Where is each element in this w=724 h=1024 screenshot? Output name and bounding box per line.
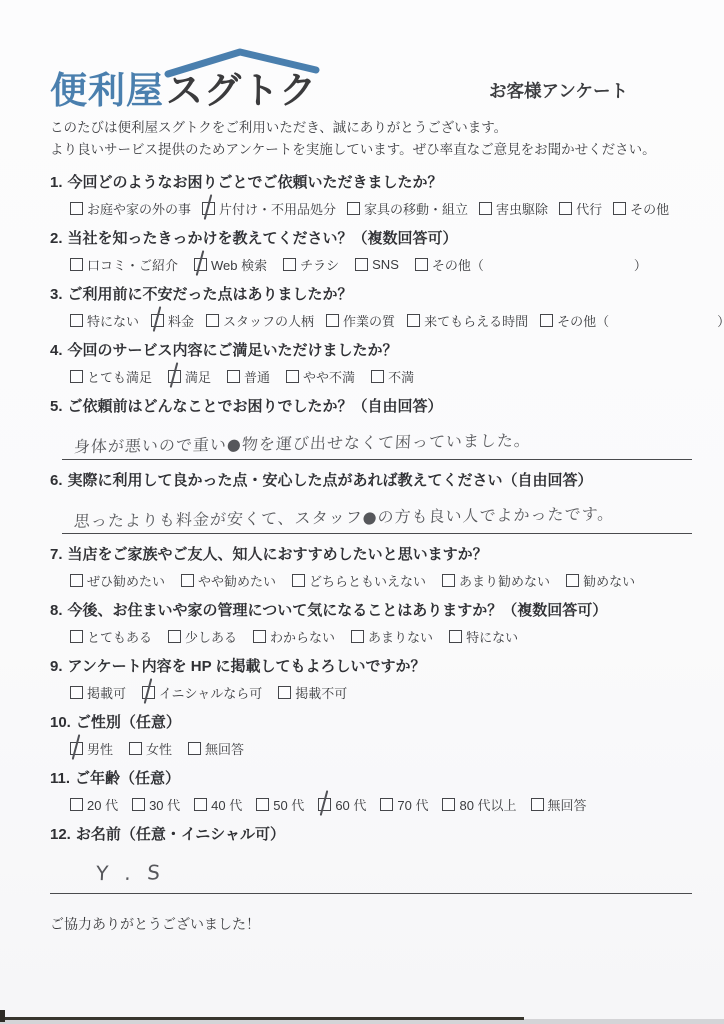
option-11-3[interactable]: 40 代	[194, 795, 242, 814]
option-4-1[interactable]: とても満足	[70, 367, 152, 386]
option-7-2[interactable]: やや勧めたい	[181, 571, 276, 590]
option-1-1[interactable]: お庭や家の外の事	[70, 199, 191, 218]
checkbox-icon[interactable]	[70, 742, 83, 755]
option-label: 勧めない	[583, 571, 635, 590]
checkbox-icon[interactable]	[442, 574, 455, 587]
question-11: 11.ご年齢（任意）20 代30 代40 代50 代60 代70 代80 代以上…	[50, 768, 694, 814]
option-label: 口コミ・ご紹介	[87, 255, 178, 274]
option-7-3[interactable]: どちらともいえない	[292, 571, 426, 590]
option-paren-close: ）	[717, 311, 724, 330]
intro-line-1: このたびは便利屋スグトクをご利用いただき、誠にありがとうございます。	[50, 117, 694, 139]
checkbox-icon[interactable]	[326, 314, 339, 327]
option-3-2[interactable]: 料金	[151, 311, 194, 330]
checkbox-icon[interactable]	[351, 630, 364, 643]
checkbox-icon[interactable]	[70, 574, 83, 587]
option-label: 作業の質	[343, 311, 395, 330]
option-1-5[interactable]: 代行	[559, 199, 602, 218]
question-number: 7.	[50, 546, 63, 563]
option-paren-close: ）	[634, 255, 647, 274]
option-3-4[interactable]: 作業の質	[326, 311, 395, 330]
option-label: 満足	[185, 367, 211, 386]
question-number: 2.	[50, 230, 63, 247]
checkbox-icon[interactable]	[449, 630, 462, 643]
question-number: 8.	[50, 602, 63, 619]
intro-line-2: より良いサービス提供のためアンケートを実施しています。ぜひ率直なご意見をお聞かせ…	[50, 139, 694, 161]
checkbox-icon[interactable]	[371, 370, 384, 383]
scan-edge-line	[0, 1017, 524, 1020]
option-4-3[interactable]: 普通	[227, 367, 270, 386]
scanned-survey-page: 便利屋 スグトク お客様アンケート このたびは便利屋スグトクをご利用いただき、誠…	[0, 0, 724, 1024]
checkbox-icon[interactable]	[70, 798, 83, 811]
question-text: ご依頼前はどんなことでお困りでしたか？（自由回答）	[68, 398, 443, 415]
closing-text: ご協力ありがとうございました！	[50, 914, 694, 934]
option-label: ぜひ勧めたい	[87, 571, 165, 590]
option-3-3[interactable]: スタッフの人柄	[206, 311, 314, 330]
question-number: 1.	[50, 174, 63, 191]
checkbox-icon[interactable]	[132, 798, 145, 811]
option-label: とても満足	[87, 367, 152, 386]
checkbox-icon[interactable]	[540, 314, 553, 327]
question-heading: 5.ご依頼前はどんなことでお困りでしたか？（自由回答）	[50, 396, 694, 417]
option-label: どちらともいえない	[309, 571, 426, 590]
option-11-1[interactable]: 20 代	[70, 795, 118, 814]
option-2-5[interactable]: その他（）	[415, 255, 647, 274]
option-label: 普通	[244, 367, 270, 386]
options-row: とても満足満足普通やや不満不満	[70, 367, 694, 386]
option-2-4[interactable]: SNS	[355, 257, 399, 272]
question-number: 11.	[50, 770, 70, 787]
option-label: 不満	[388, 367, 414, 386]
question-heading: 8.今後、お住まいや家の管理について気になることはありますか？（複数回答可）	[50, 600, 694, 621]
option-1-4[interactable]: 害虫駆除	[479, 199, 548, 218]
option-label: 20 代	[87, 795, 118, 814]
option-label: スタッフの人柄	[223, 311, 314, 330]
checkbox-icon[interactable]	[380, 798, 393, 811]
options-row: 特にない料金スタッフの人柄作業の質来てもらえる時間その他（）	[70, 311, 694, 330]
question-heading: 7.当店をご家族やご友人、知人におすすめしたいと思いますか？	[50, 544, 694, 565]
checkbox-icon[interactable]	[181, 574, 194, 587]
question-heading: 12.お名前（任意・イニシャル可）	[50, 824, 694, 845]
checkbox-icon[interactable]	[70, 314, 83, 327]
option-8-4[interactable]: あまりない	[351, 627, 433, 646]
option-label: やや不満	[303, 367, 355, 386]
option-label: その他（	[432, 255, 484, 274]
option-2-2[interactable]: Web 検索	[194, 255, 267, 274]
checkbox-icon[interactable]	[70, 258, 83, 271]
checkbox-icon[interactable]	[194, 798, 207, 811]
question-text: ご性別（任意）	[76, 714, 181, 731]
question-number: 5.	[50, 398, 63, 415]
option-label: 代行	[576, 199, 602, 218]
option-label: 害虫駆除	[496, 199, 548, 218]
option-label: 無回答	[548, 795, 587, 814]
option-label: やや勧めたい	[198, 571, 276, 590]
checkbox-icon[interactable]	[168, 630, 181, 643]
option-label: 掲載可	[87, 683, 126, 702]
question-text: ご利用前に不安だった点はありましたか？	[68, 286, 353, 303]
checkbox-icon[interactable]	[531, 798, 544, 811]
option-label: イニシャルなら可	[159, 683, 262, 702]
option-label: あまり勧めない	[459, 571, 550, 590]
option-label: 特にない	[87, 311, 139, 330]
handwritten-answer: 身体が悪いので重い●物を運び出せなくて困っていました。	[73, 427, 531, 456]
option-label: あまりない	[368, 627, 433, 646]
option-9-3[interactable]: 掲載不可	[278, 683, 347, 702]
option-label: その他（	[557, 311, 609, 330]
checkbox-icon[interactable]	[415, 258, 428, 271]
question-10: 10.ご性別（任意）男性女性無回答	[50, 712, 694, 758]
option-9-1[interactable]: 掲載可	[70, 683, 126, 702]
option-label: 無回答	[205, 739, 244, 758]
option-label: 女性	[146, 739, 172, 758]
option-1-6[interactable]: その他	[613, 199, 669, 218]
question-text: お名前（任意・イニシャル可）	[76, 826, 285, 843]
option-label: お庭や家の外の事	[87, 199, 191, 218]
checkbox-icon[interactable]	[347, 202, 360, 215]
question-heading: 6.実際に利用して良かった点・安心した点があれば教えてください（自由回答）	[50, 470, 694, 491]
options-row: お庭や家の外の事片付け・不用品処分家具の移動・組立害虫駆除代行その他	[70, 199, 694, 218]
checkbox-icon[interactable]	[70, 630, 83, 643]
option-3-5[interactable]: 来てもらえる時間	[407, 311, 528, 330]
roof-icon	[164, 48, 322, 78]
option-label: SNS	[372, 257, 399, 272]
checkbox-icon[interactable]	[168, 370, 181, 383]
question-heading: 1.今回どのようなお困りごとでご依頼いただきましたか？	[50, 172, 694, 193]
option-label: 40 代	[211, 795, 242, 814]
logo-text-benriya: 便利屋	[50, 72, 164, 109]
option-11-7[interactable]: 80 代以上	[442, 795, 516, 814]
option-10-3[interactable]: 無回答	[188, 739, 244, 758]
checkbox-icon[interactable]	[70, 370, 83, 383]
question-number: 12.	[50, 826, 71, 843]
question-text: アンケート内容を HP に掲載してもよろしいですか？	[68, 658, 426, 675]
question-heading: 11.ご年齢（任意）	[50, 768, 694, 789]
option-label: 来てもらえる時間	[424, 311, 528, 330]
question-heading: 3.ご利用前に不安だった点はありましたか？	[50, 284, 694, 305]
options-row: とてもある少しあるわからないあまりない特にない	[70, 627, 694, 646]
question-text: 今回のサービス内容にご満足いただけましたか？	[68, 342, 398, 359]
option-label: 掲載不可	[295, 683, 347, 702]
option-label: とてもある	[87, 627, 152, 646]
option-2-1[interactable]: 口コミ・ご紹介	[70, 255, 178, 274]
checkbox-icon[interactable]	[256, 798, 269, 811]
question-6: 6.実際に利用して良かった点・安心した点があれば教えてください（自由回答）思った…	[50, 470, 694, 534]
options-row: ぜひ勧めたいやや勧めたいどちらともいえないあまり勧めない勧めない	[70, 571, 694, 590]
question-3: 3.ご利用前に不安だった点はありましたか？特にない料金スタッフの人柄作業の質来て…	[50, 284, 694, 330]
question-heading: 2.当社を知ったきっかけを教えてください？（複数回答可）	[50, 228, 694, 249]
answer-line[interactable]: Y . S	[50, 851, 692, 894]
option-8-5[interactable]: 特にない	[449, 627, 518, 646]
options-row: 口コミ・ご紹介Web 検索チラシSNSその他（）	[70, 255, 694, 274]
page-content: 便利屋 スグトク お客様アンケート このたびは便利屋スグトクをご利用いただき、誠…	[0, 0, 724, 934]
option-8-1[interactable]: とてもある	[70, 627, 152, 646]
question-9: 9.アンケート内容を HP に掲載してもよろしいですか？掲載可イニシャルなら可掲…	[50, 656, 694, 702]
question-text: 実際に利用して良かった点・安心した点があれば教えてください（自由回答）	[68, 472, 593, 489]
option-11-4[interactable]: 50 代	[256, 795, 304, 814]
question-number: 3.	[50, 286, 63, 303]
option-9-2[interactable]: イニシャルなら可	[142, 683, 262, 702]
question-text: 今後、お住まいや家の管理について気になることはありますか？（複数回答可）	[68, 602, 608, 619]
option-8-3[interactable]: わからない	[253, 627, 335, 646]
checkbox-icon[interactable]	[70, 686, 83, 699]
option-label: わからない	[270, 627, 335, 646]
question-number: 6.	[50, 472, 63, 489]
option-4-4[interactable]: やや不満	[286, 367, 355, 386]
option-label: 片付け・不用品処分	[219, 199, 336, 218]
option-label: 80 代以上	[459, 795, 516, 814]
answer-line[interactable]: 身体が悪いので重い●物を運び出せなくて困っていました。	[62, 423, 692, 460]
checkbox-icon[interactable]	[283, 258, 296, 271]
checkbox-icon[interactable]	[355, 258, 368, 271]
option-label: 50 代	[273, 795, 304, 814]
option-4-2[interactable]: 満足	[168, 367, 211, 386]
checkbox-icon[interactable]	[292, 574, 305, 587]
options-row: 掲載可イニシャルなら可掲載不可	[70, 683, 694, 702]
question-text: 当社を知ったきっかけを教えてください？（複数回答可）	[68, 230, 458, 247]
form-title: お客様アンケート	[489, 78, 628, 109]
option-7-1[interactable]: ぜひ勧めたい	[70, 571, 165, 590]
option-label: 70 代	[397, 795, 428, 814]
option-11-5[interactable]: 60 代	[318, 795, 366, 814]
question-text: ご年齢（任意）	[75, 770, 180, 787]
option-7-5[interactable]: 勧めない	[566, 571, 635, 590]
option-4-5[interactable]: 不満	[371, 367, 414, 386]
question-7: 7.当店をご家族やご友人、知人におすすめしたいと思いますか？ぜひ勧めたいやや勧め…	[50, 544, 694, 590]
checkbox-icon[interactable]	[142, 686, 155, 699]
checkbox-icon[interactable]	[318, 798, 331, 811]
option-2-3[interactable]: チラシ	[283, 255, 339, 274]
question-number: 9.	[50, 658, 63, 675]
checkbox-icon[interactable]	[206, 314, 219, 327]
checkbox-icon[interactable]	[151, 314, 164, 327]
company-logo: 便利屋 スグトク	[50, 46, 317, 109]
checkbox-icon[interactable]	[253, 630, 266, 643]
scan-bottom-edge	[0, 1014, 724, 1024]
questions: 1.今回どのようなお困りごとでご依頼いただきましたか？お庭や家の外の事片付け・不…	[50, 172, 694, 894]
checkbox-icon[interactable]	[407, 314, 420, 327]
logo-text-sugutoku: スグトク	[166, 72, 317, 109]
option-label: 少しある	[185, 627, 237, 646]
checkbox-icon[interactable]	[194, 258, 207, 271]
handwritten-answer: 思ったよりも料金が安くて、スタッフ●の方も良い人でよかったです。	[73, 501, 615, 532]
options-row: 20 代30 代40 代50 代60 代70 代80 代以上無回答	[70, 795, 694, 814]
option-11-6[interactable]: 70 代	[380, 795, 428, 814]
option-3-6[interactable]: その他（）	[540, 311, 724, 330]
option-label: チラシ	[300, 255, 339, 274]
question-8: 8.今後、お住まいや家の管理について気になることはありますか？（複数回答可）とて…	[50, 600, 694, 646]
scan-edge-notch	[0, 1010, 5, 1022]
option-10-2[interactable]: 女性	[129, 739, 172, 758]
options-row: 男性女性無回答	[70, 739, 694, 758]
handwritten-answer: Y . S	[61, 860, 165, 885]
checkbox-icon[interactable]	[227, 370, 240, 383]
question-4: 4.今回のサービス内容にご満足いただけましたか？とても満足満足普通やや不満不満	[50, 340, 694, 386]
answer-line[interactable]: 思ったよりも料金が安くて、スタッフ●の方も良い人でよかったです。	[62, 497, 692, 534]
option-11-2[interactable]: 30 代	[132, 795, 180, 814]
option-3-1[interactable]: 特にない	[70, 311, 139, 330]
option-1-3[interactable]: 家具の移動・組立	[347, 199, 468, 218]
question-number: 10.	[50, 714, 71, 731]
checkbox-icon[interactable]	[129, 742, 142, 755]
checkbox-icon[interactable]	[559, 202, 572, 215]
checkbox-icon[interactable]	[70, 202, 83, 215]
checkbox-icon[interactable]	[286, 370, 299, 383]
question-2: 2.当社を知ったきっかけを教えてください？（複数回答可）口コミ・ご紹介Web 検…	[50, 228, 694, 274]
option-label: 男性	[87, 739, 113, 758]
checkbox-icon[interactable]	[278, 686, 291, 699]
option-1-2[interactable]: 片付け・不用品処分	[202, 199, 336, 218]
page-header: 便利屋 スグトク お客様アンケート	[50, 46, 694, 109]
intro-text: このたびは便利屋スグトクをご利用いただき、誠にありがとうございます。 より良いサ…	[50, 117, 694, 160]
option-label: 料金	[168, 311, 194, 330]
checkbox-icon[interactable]	[613, 202, 626, 215]
option-8-2[interactable]: 少しある	[168, 627, 237, 646]
option-10-1[interactable]: 男性	[70, 739, 113, 758]
option-label: 特にない	[466, 627, 518, 646]
checkbox-icon[interactable]	[202, 202, 215, 215]
option-label: 家具の移動・組立	[364, 199, 468, 218]
question-heading: 4.今回のサービス内容にご満足いただけましたか？	[50, 340, 694, 361]
question-number: 4.	[50, 342, 63, 359]
question-heading: 9.アンケート内容を HP に掲載してもよろしいですか？	[50, 656, 694, 677]
option-7-4[interactable]: あまり勧めない	[442, 571, 550, 590]
option-label: 60 代	[335, 795, 366, 814]
option-label: その他	[630, 199, 669, 218]
checkbox-icon[interactable]	[566, 574, 579, 587]
checkbox-icon[interactable]	[188, 742, 201, 755]
question-5: 5.ご依頼前はどんなことでお困りでしたか？（自由回答）身体が悪いので重い●物を運…	[50, 396, 694, 460]
checkbox-icon[interactable]	[442, 798, 455, 811]
question-text: 今回どのようなお困りごとでご依頼いただきましたか？	[68, 174, 443, 191]
checkbox-icon[interactable]	[479, 202, 492, 215]
question-text: 当店をご家族やご友人、知人におすすめしたいと思いますか？	[68, 546, 488, 563]
question-1: 1.今回どのようなお困りごとでご依頼いただきましたか？お庭や家の外の事片付け・不…	[50, 172, 694, 218]
option-label: Web 検索	[211, 255, 267, 274]
question-heading: 10.ご性別（任意）	[50, 712, 694, 733]
question-12: 12.お名前（任意・イニシャル可）Y . S	[50, 824, 694, 894]
option-11-8[interactable]: 無回答	[531, 795, 587, 814]
option-label: 30 代	[149, 795, 180, 814]
